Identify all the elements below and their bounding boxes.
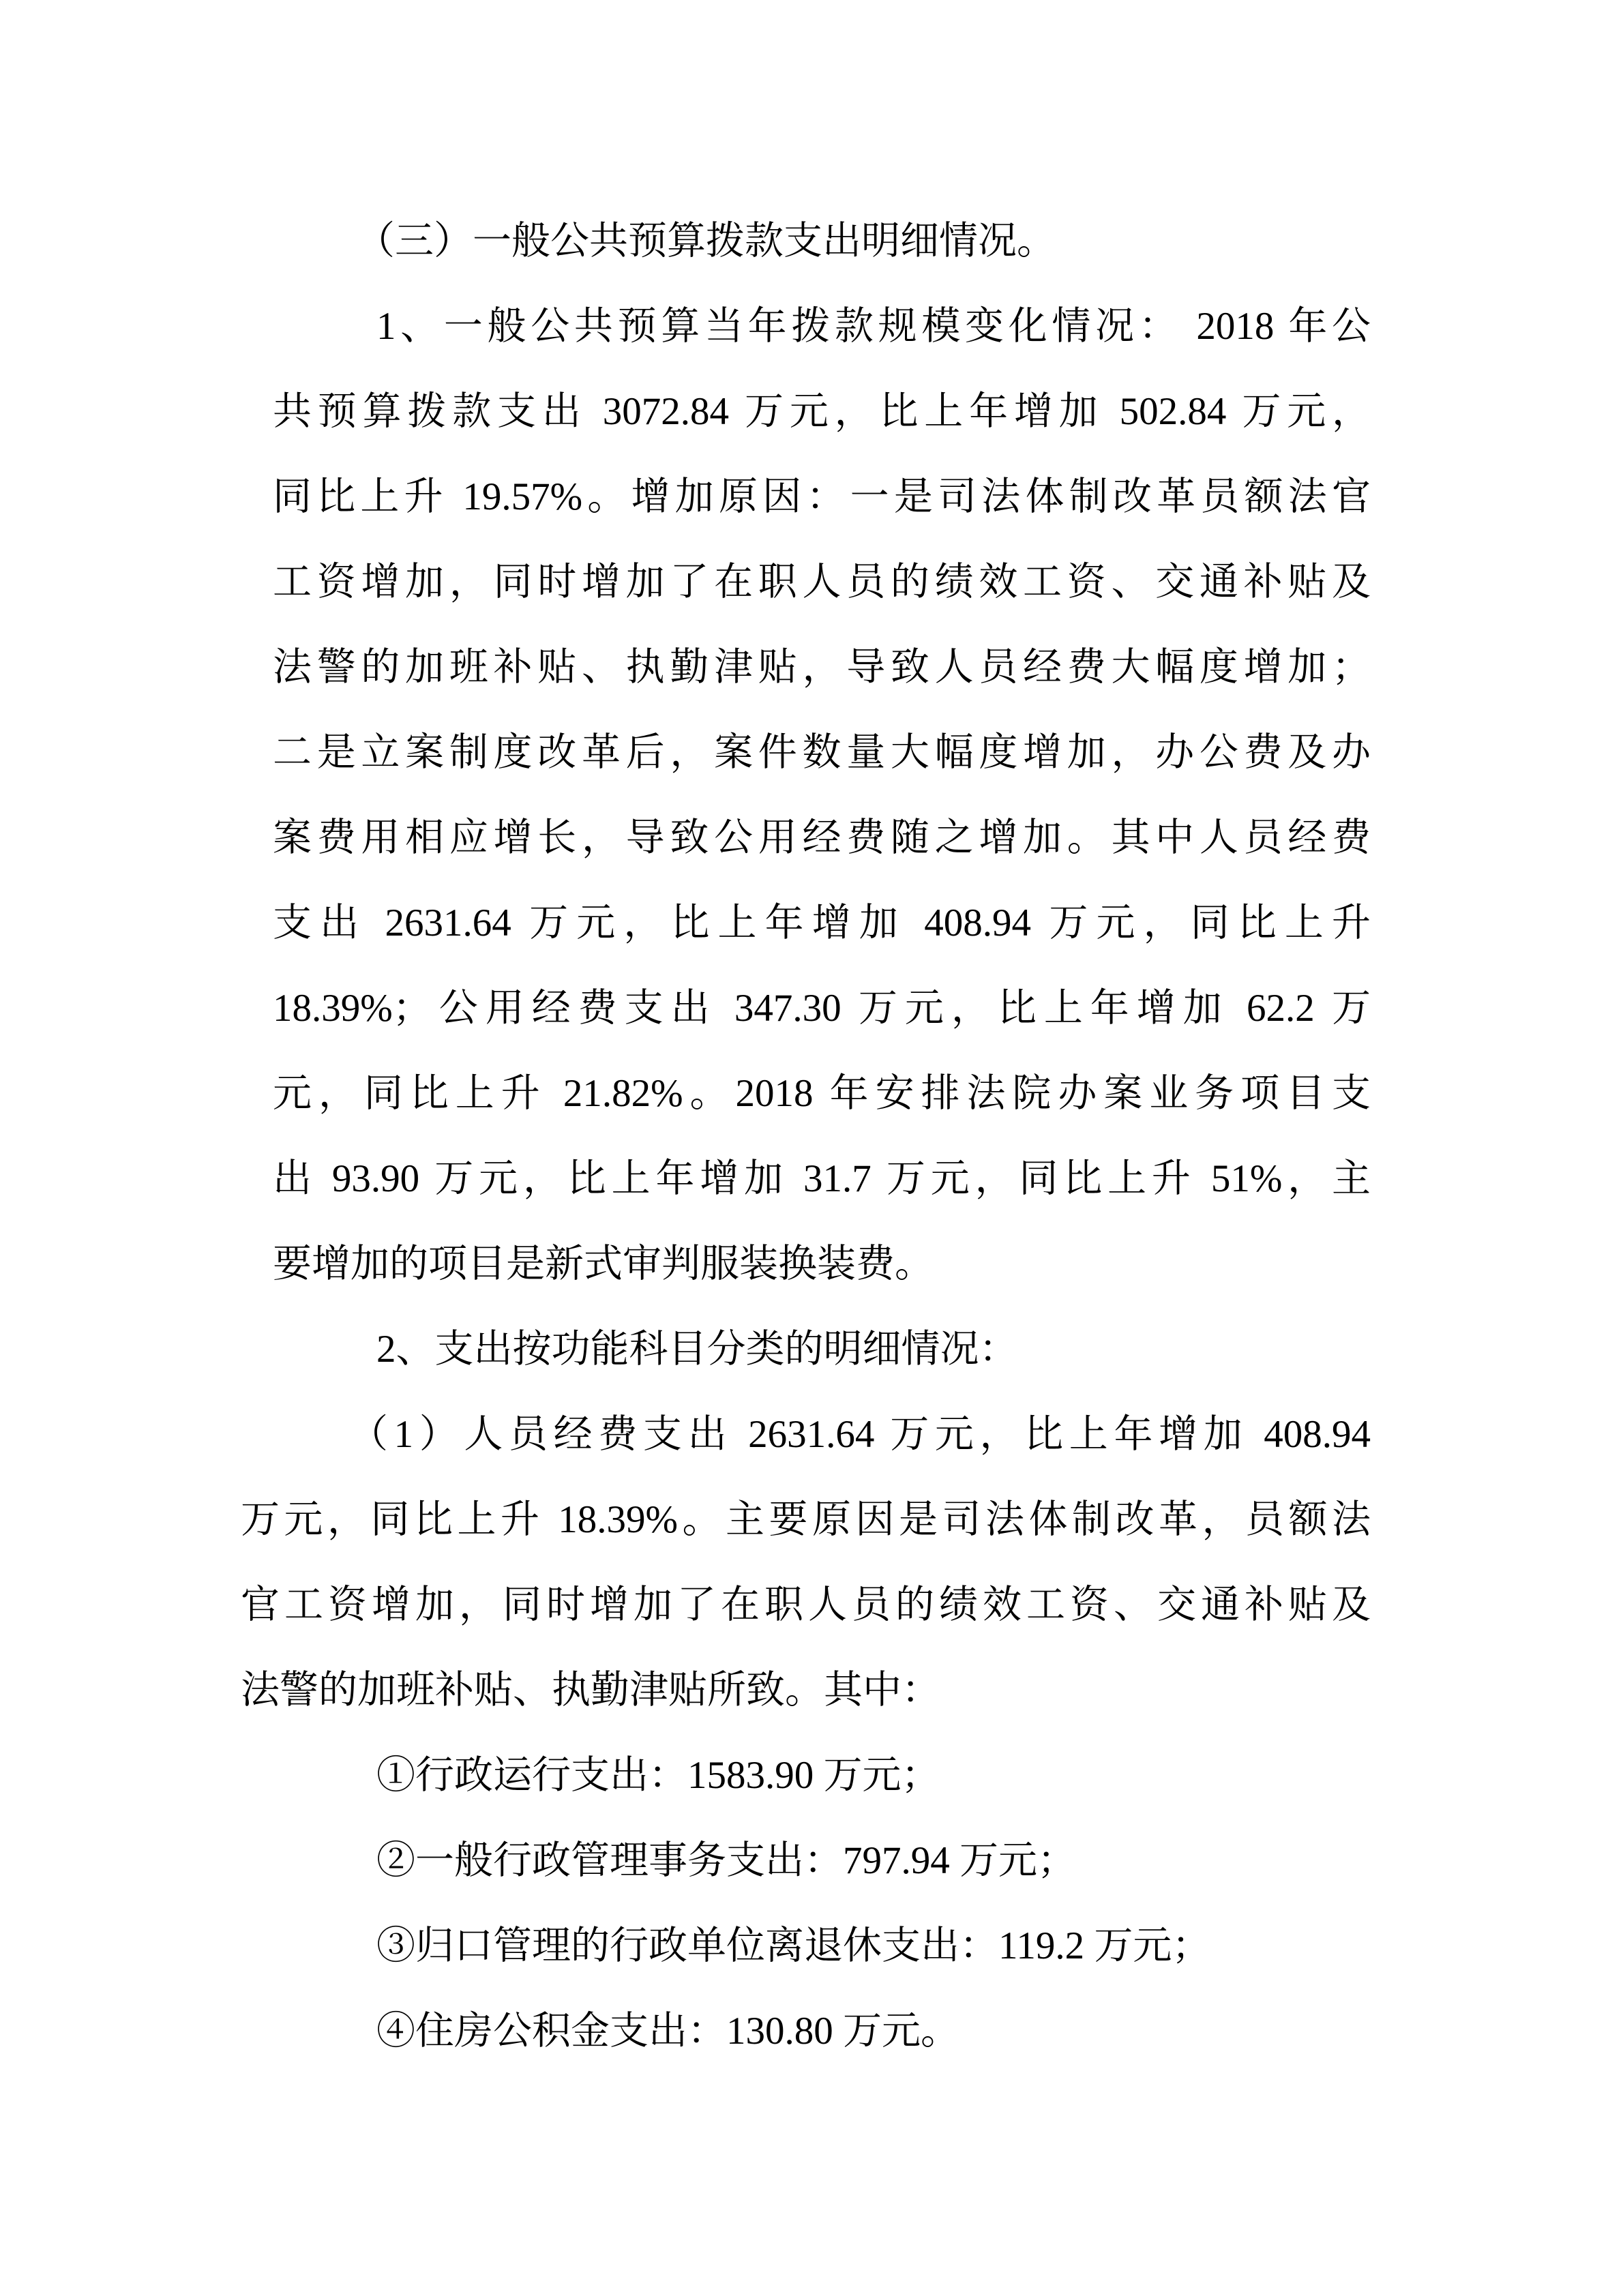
para-funding-change-line-10: 元，同比上升 21.82%。2018 年安排法院办案业务项目支	[273, 1051, 1371, 1136]
document-body: （三）一般公共预算拨款支出明细情况。 1、一般公共预算当年拨款规模变化情况： 2…	[273, 198, 1371, 2074]
document-page: （三）一般公共预算拨款支出明细情况。 1、一般公共预算当年拨款规模变化情况： 2…	[0, 0, 1623, 2296]
para-personnel-line-3: 官工资增加，同时增加了在职人员的绩效工资、交通补贴及	[241, 1562, 1371, 1648]
para-funding-change-line-2: 共预算拨款支出 3072.84 万元，比上年增加 502.84 万元，	[273, 369, 1371, 454]
para-funding-change-line-4: 工资增加，同时增加了在职人员的绩效工资、交通补贴及	[273, 539, 1371, 625]
para-funding-change-line-11: 出 93.90 万元，比上年增加 31.7 万元，同比上升 51%，主	[273, 1136, 1371, 1221]
list-item-2: ②一般行政管理事务支出：797.94 万元；	[273, 1818, 1371, 1903]
para-personnel-line-1: （1）人员经费支出 2631.64 万元，比上年增加 408.94	[273, 1392, 1371, 1477]
para-funding-change-line-9: 18.39%；公用经费支出 347.30 万元，比上年增加 62.2 万	[273, 966, 1371, 1051]
list-item-3: ③归口管理的行政单位离退休支出：119.2 万元；	[273, 1903, 1371, 1988]
para-personnel-line-2: 万元，同比上升 18.39%。主要原因是司法体制改革，员额法	[241, 1477, 1371, 1562]
para-funding-change-line-5: 法警的加班补贴、执勤津贴，导致人员经费大幅度增加；	[273, 625, 1371, 710]
list-item-1: ①行政运行支出：1583.90 万元；	[273, 1733, 1371, 1818]
para-funding-change-line-7: 案费用相应增长，导致公用经费随之增加。其中人员经费	[273, 795, 1371, 880]
subsection-heading: 2、支出按功能科目分类的明细情况：	[273, 1307, 1371, 1392]
section-heading: （三）一般公共预算拨款支出明细情况。	[273, 198, 1371, 284]
para-funding-change-line-8: 支出 2631.64 万元，比上年增加 408.94 万元，同比上升	[273, 880, 1371, 966]
para-funding-change-line-12: 要增加的项目是新式审判服装换装费。	[273, 1221, 1371, 1307]
para-funding-change-line-6: 二是立案制度改革后，案件数量大幅度增加，办公费及办	[273, 710, 1371, 795]
para-personnel-line-4: 法警的加班补贴、执勤津贴所致。其中：	[241, 1648, 1371, 1733]
list-item-4: ④住房公积金支出：130.80 万元。	[273, 1988, 1371, 2074]
para-funding-change-line-1: 1、一般公共预算当年拨款规模变化情况： 2018 年公	[273, 284, 1371, 369]
para-funding-change-line-3: 同比上升 19.57%。增加原因：一是司法体制改革员额法官	[273, 454, 1371, 539]
